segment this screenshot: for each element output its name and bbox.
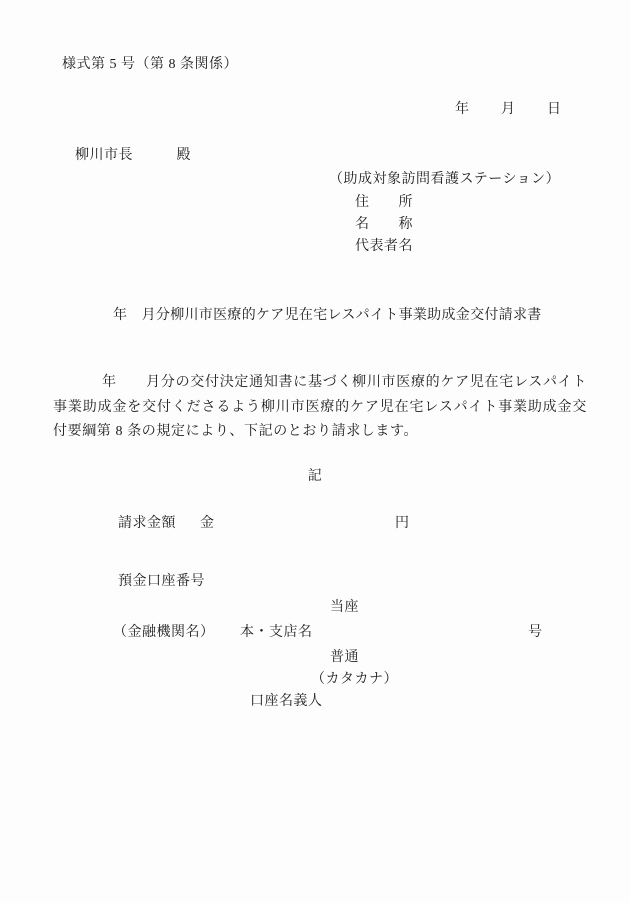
request-amount-line: 請求金額 金 円	[0, 514, 630, 534]
document-title: 年 月分柳川市医療的ケア児在宅レスパイト事業助成金交付請求書	[113, 306, 542, 326]
yen-label: 円	[395, 514, 410, 534]
bank-name-label: （金融機関名）	[113, 623, 215, 643]
katakana-label: （カタカナ）	[311, 670, 398, 690]
date-year-label: 年	[455, 100, 470, 120]
checking-account-label: 当座	[330, 598, 359, 618]
account-holder-label: 口座名義人	[250, 692, 323, 712]
date-month-label: 月	[501, 100, 516, 120]
representative-label: 代表者名	[355, 237, 413, 257]
bank-line: （金融機関名） 本・支店名 号	[0, 623, 630, 643]
branch-label: 本・支店名	[240, 623, 313, 643]
account-number-suffix-label: 号	[528, 623, 543, 643]
kin-label: 金	[200, 514, 215, 534]
body-paragraph: 年 月分の交付決定通知書に基づく柳川市医療的ケア児在宅レスパイト事業助成金を交付…	[53, 371, 587, 445]
addressee-line: 柳川市長 殿	[75, 146, 191, 166]
date-day-label: 日	[547, 100, 562, 120]
ordinary-account-label: 普通	[330, 648, 359, 668]
ki-mark: 記	[0, 467, 630, 487]
form-number: 様式第 5 号（第 8 条関係）	[62, 55, 238, 75]
date-line: 年 月 日	[0, 100, 630, 120]
name-label: 名 称	[355, 215, 413, 235]
request-amount-label: 請求金額	[118, 514, 176, 534]
station-label: （助成対象訪問看護ステーション）	[329, 170, 560, 190]
account-number-label: 預金口座番号	[118, 572, 205, 592]
address-label: 住 所	[355, 193, 413, 213]
document-page: 様式第 5 号（第 8 条関係） 年 月 日 柳川市長 殿 （助成対象訪問看護ス…	[0, 0, 630, 903]
